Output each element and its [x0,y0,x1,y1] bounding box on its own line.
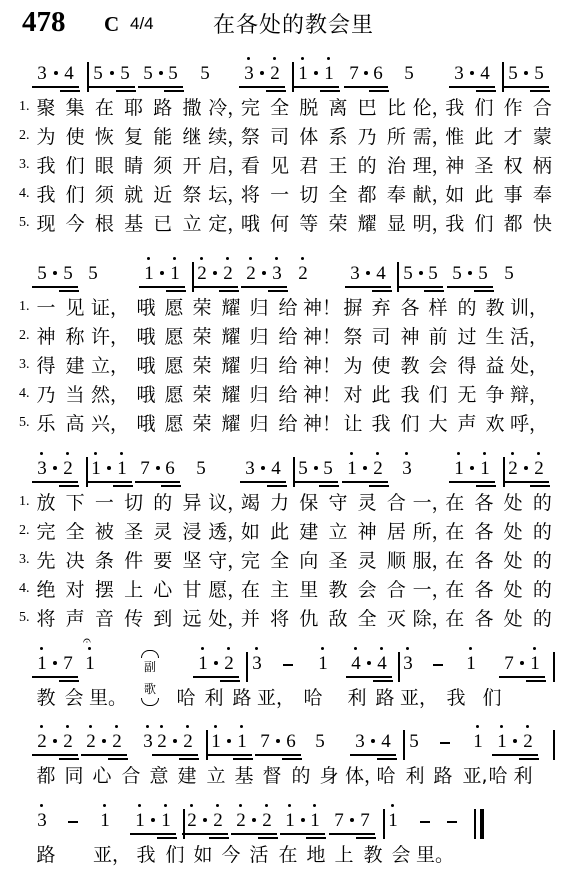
lyric-syllable: 议， [208,489,234,518]
lyric-syllable: 荣 [189,352,215,381]
lyric-syllable: 被 [91,518,117,547]
beam-line-double [220,680,240,682]
lyric-syllable: 处 [500,489,526,518]
lyric-syllable: 利 [402,762,428,791]
lyric-syllable: 见 [62,294,88,323]
verse-line: 2.完全被圣灵浸透，如此建立神居所，在各处的 [0,518,574,547]
lyric-syllable: 路 [372,684,398,713]
lyric-syllable: 惟 [442,123,468,152]
note: 5 [501,264,517,284]
lyric-syllable: 撒 [179,94,205,123]
note: 5 [505,64,521,84]
lyric-syllable: 路 [229,684,255,713]
lyric-syllable: 在 [442,576,468,605]
lyric-syllable: 在 [442,518,468,547]
lyric-syllable: 的 [529,518,555,547]
verse-number: 1. [19,99,30,115]
beam-line [503,86,549,88]
time-signature: 4/4 [130,14,154,34]
note: 1 [494,732,510,752]
beam-line-double [219,290,239,292]
lyric-syllable: 们 [471,210,497,239]
note: 4 [373,264,389,284]
octave-dot-icon [146,725,149,728]
lyric-syllable: 音 [91,605,117,634]
note: 5 [34,264,50,284]
lyric-syllable: 主 [267,576,293,605]
octave-dot-icon [391,804,394,807]
octave-dot-icon [103,804,106,807]
lyric-syllable: 哦 [133,323,159,352]
note: 1 [385,811,401,831]
tie-dash [440,742,450,744]
lyric-syllable: 教 [325,576,351,605]
verse-line: 4.我们须就近祭坛，将一切全都奉献，如此事奉 [0,181,574,210]
lyric-syllable: 处 [500,605,526,634]
lyric-syllable: 活 [246,841,272,870]
note: 5 [165,64,181,84]
lyric-syllable: 圣 [471,152,497,181]
lyric-syllable: 居 [383,518,409,547]
lyric-syllable: 基 [121,210,147,239]
lyric-syllable: 都 [500,210,526,239]
notation-row: 3111222211771 [0,797,574,837]
beam-line [138,86,183,88]
lyric-syllable: 显 [383,210,409,239]
beam-line-double [267,485,287,487]
octave-dot-icon [147,257,150,260]
verse-line: 4.绝对摆上心甘愿，在主里教会合一，在各处的 [0,576,574,605]
lyric-syllable: 当 [62,381,88,410]
note: 7 [60,654,76,674]
dot-augmentation [252,818,256,822]
octave-dot-icon [511,452,514,455]
lyric-syllable: 会 [388,841,414,870]
octave-dot-icon [120,452,123,455]
octave-dot-icon [321,647,324,650]
octave-dot-icon [186,725,189,728]
lyric-syllable: 益 [482,352,508,381]
beam-line-double [258,837,278,839]
lyric-syllable: 神！ [303,352,329,381]
beam-line [130,833,176,835]
lyric-syllable: 如 [237,518,263,547]
note: 1 [97,811,113,831]
beam-line [32,86,79,88]
lyric-syllable: 司 [267,123,293,152]
octave-dot-icon [89,725,92,728]
lyric-syllable: 的 [529,547,555,576]
beam-line-double [476,485,496,487]
note: 1 [234,732,250,752]
lyric-syllable: 会 [425,352,451,381]
beam-line-double [372,290,392,292]
note: 1 [527,654,543,674]
note: 2 [60,459,76,479]
lyric-syllable: 件 [121,547,147,576]
lyric-syllable: 弃 [368,294,394,323]
beam-line [293,86,339,88]
octave-dot-icon [526,725,529,728]
lyric-syllable: 归 [246,294,272,323]
lyric-syllable: 灵 [150,518,176,547]
dot-augmentation [110,71,114,75]
note: 5 [140,64,156,84]
lyric-syllable: 乐 [33,410,59,439]
lyric-syllable: 所， [413,518,439,547]
note: 2 [221,654,237,674]
lyric-syllable: 荣 [189,381,215,410]
lyric-syllable: 一 [267,181,293,210]
lyric-syllable: 使 [368,352,394,381]
lyric-syllable: 全 [325,181,351,210]
note: 4 [61,64,77,84]
beam-line [447,286,493,288]
beam-line-double [164,90,184,92]
beam-line [293,481,338,483]
octave-dot-icon [200,257,203,260]
octave-dot-icon [94,452,97,455]
lyric-syllable: 给 [275,410,301,439]
verse-number: 5. [19,215,30,231]
key-signature: C [104,12,119,37]
lyric-syllable: 神 [354,518,380,547]
lyric-syllable: 眼 [91,152,117,181]
note: 4 [268,459,284,479]
lyric-syllable: 心 [89,762,115,791]
dot-augmentation [470,71,474,75]
lyric-syllable: 处 [500,518,526,547]
beam-line-double [519,758,539,760]
lyric-syllable: 全 [354,605,380,634]
lyric-syllable: 给 [275,323,301,352]
beam-line [32,676,78,678]
lyric-syllable: 全 [267,94,293,123]
barline [553,730,555,760]
octave-dot-icon [164,804,167,807]
beam-line-double [369,90,389,92]
note: 3 [399,459,415,479]
beam-line [32,286,78,288]
lyric-syllable: 坚 [179,547,205,576]
dot-augmentation [102,739,106,743]
verse-line: 1.放下一切的异议，竭力保守灵合一，在各处的 [0,489,574,518]
beam-line [193,676,239,678]
note: 1 [295,64,311,84]
beam-line [32,754,78,756]
lyric-syllable: 顺 [383,547,409,576]
octave-dot-icon [249,257,252,260]
lyric-syllable: 我 [33,152,59,181]
octave-dot-icon [327,57,330,60]
lyric-syllable: 合 [118,762,144,791]
note: 3 [242,459,258,479]
dot-augmentation [151,818,155,822]
dot-augmentation [203,818,207,822]
octave-dot-icon [255,647,258,650]
note: 2 [194,264,210,284]
dot-augmentation [367,661,371,665]
lyric-syllable: 一 [91,489,117,518]
verse-number: 3. [19,357,30,373]
lyric-syllable: 服， [413,547,439,576]
lyric-syllable: 路 [33,841,59,870]
lyric-syllable: 祭 [237,123,263,152]
note: 1 [88,459,104,479]
hymn-title: 在各处的教会里 [213,8,374,39]
lyric-syllable: 全 [62,518,88,547]
lyric-syllable: 保 [296,489,322,518]
lyric-syllable: 看 [237,152,263,181]
lyric-syllable: 献， [413,181,439,210]
beam-line [345,286,391,288]
octave-dot-icon [173,257,176,260]
lyric-syllable: 荣 [189,294,215,323]
beam-line-double [526,680,546,682]
lyric-syllable: 呼， [510,410,536,439]
note: 7 [501,654,517,674]
dot-augmentation [371,739,375,743]
octave-dot-icon [40,725,43,728]
dot-augmentation [262,271,266,275]
octave-dot-icon [240,725,243,728]
note: 2 [370,459,386,479]
beam-line-double [373,680,393,682]
lyric-syllable: 大 [425,410,451,439]
lyric-syllable: 将 [267,605,293,634]
lyric-syllable: 奉 [529,181,555,210]
dot-augmentation [314,466,318,470]
beam-line-double [476,90,496,92]
note: 2 [180,732,196,752]
octave-dot-icon [115,725,118,728]
dot-augmentation [156,466,160,470]
lyric-syllable: 的 [454,294,480,323]
dot-augmentation [524,71,528,75]
lyric-syllable: 们 [62,152,88,181]
note: 7 [257,732,273,752]
dot-augmentation [468,271,472,275]
lyric-syllable: 归 [246,410,272,439]
lyric-syllable: 们 [471,94,497,123]
note: 1 [158,811,174,831]
note: 5 [117,64,133,84]
lyric-syllable: 敌 [325,605,351,634]
lyric-syllable: 就 [121,181,147,210]
dot-augmentation [276,739,280,743]
music-system: 3111222211771路亚，我们如今活在地上教会里。 [0,797,574,876]
beam-line-double [266,90,286,92]
barline [403,730,405,760]
beam-line [449,86,495,88]
lyric-syllable: 们 [425,381,451,410]
lyric-syllable: 蒙 [529,123,555,152]
lyric-syllable: 所 [383,123,409,152]
lyric-syllable: 神！ [303,323,329,352]
note: 1 [344,459,360,479]
lyric-syllable: 近 [150,181,176,210]
beam-line [280,833,325,835]
octave-dot-icon [301,257,304,260]
notation-row: 171𝄐副歌1231443171 [0,640,574,680]
lyric-syllable: 我 [442,94,468,123]
lyric-line: 路亚，我们如今活在地上教会里。 [0,841,574,870]
lyric-syllable: 哦 [133,352,159,381]
lyric-syllable: 将 [33,605,59,634]
beam-line [192,286,238,288]
note: 5 [320,459,336,479]
dot-augmentation [227,739,231,743]
lyric-syllable: 的 [150,489,176,518]
lyric-syllable: 完 [33,518,59,547]
note: 2 [531,459,547,479]
octave-dot-icon [380,647,383,650]
note: 7 [346,64,362,84]
beam-line-double [377,758,397,760]
dot-augmentation [524,466,528,470]
verse-line: 5.乐高兴，哦愿荣耀归给神！让我们大声欢呼， [0,410,574,439]
lyric-syllable: 司 [368,323,394,352]
verse-line: 2.神称许，哦愿荣耀归给神！祭司神前过生活， [0,323,574,352]
lyric-syllable: 的 [529,605,555,634]
tie-dash [420,821,430,823]
lyric-syllable: 在 [442,547,468,576]
verse-line: 5.现今根基已立定，哦何等荣耀显明，我们都快 [0,210,574,239]
notation-row: 222232211765345112 [0,718,574,758]
note: 5 [85,264,101,284]
lyric-syllable: 力 [267,489,293,518]
note: 2 [220,264,236,284]
lyric-syllable: 甘 [179,576,205,605]
lyric-syllable: 立 [203,762,229,791]
dot-augmentation [53,466,57,470]
beam-line [503,481,549,483]
notation-row: 345555532117653455 [0,50,574,90]
dot-augmentation [364,71,368,75]
music-system: 171𝄐副歌1231443171教会里。哈利路亚，哈利路亚，我们 [0,640,574,720]
lyric-syllable: 比 [383,94,409,123]
beam-line-double [319,485,339,487]
verse-number: 3. [19,157,30,173]
lyric-syllable: 仇 [296,605,322,634]
lyric-syllable: 各 [471,489,497,518]
lyric-syllable: 基 [231,762,257,791]
lyric-syllable: 耶 [121,94,147,123]
beam-line [449,481,495,483]
lyric-syllable: 绝 [33,576,59,605]
lyric-syllable: 得 [454,352,480,381]
dot-augmentation [301,818,305,822]
lyric-syllable: 此 [267,518,293,547]
note: 4 [477,64,493,84]
octave-dot-icon [405,452,408,455]
lyric-syllable: 心 [150,576,176,605]
beam-line [206,754,252,756]
lyric-syllable: 奉 [383,181,409,210]
note: 1 [195,654,211,674]
octave-dot-icon [313,804,316,807]
lyric-syllable: 君 [296,152,322,181]
hymn-header: 478 C 4/4 在各处的教会里 [0,0,574,44]
lyric-syllable: 睛 [121,152,147,181]
lyric-syllable: 对 [62,576,88,605]
lyric-syllable: 上 [121,576,147,605]
verse-line: 3.先决条件要坚守，完全向圣灵顺服，在各处的 [0,547,574,576]
note: 2 [60,732,76,752]
verse-number: 5. [19,610,30,626]
beam-line [344,86,388,88]
lyric-syllable: 声 [454,410,480,439]
lyric-syllable: 一， [413,489,439,518]
verse-number: 1. [19,299,30,315]
octave-dot-icon [40,804,43,807]
lyric-syllable: 传 [121,605,147,634]
beam-line-double [108,758,128,760]
dot-augmentation [53,739,57,743]
beam-line-double [161,485,181,487]
lyric-syllable: 各 [471,605,497,634]
lyric-syllable: 完 [237,547,263,576]
lyric-syllable: 远 [179,605,205,634]
lyric-syllable: 柄 [529,152,555,181]
verse-number: 2. [19,523,30,539]
octave-dot-icon [476,725,479,728]
lyric-syllable: 体 [296,123,322,152]
lyric-syllable: 要 [150,547,176,576]
lyric-syllable: 下 [62,489,88,518]
lyric-syllable: 得 [33,352,59,381]
lyric-syllable: 在 [91,94,117,123]
lyric-syllable: 神 [442,152,468,181]
octave-dot-icon [483,452,486,455]
lyric-syllable: 在 [442,489,468,518]
lyric-syllable: 快 [529,210,555,239]
tie-dash [447,821,457,823]
lyric-syllable: 在 [275,841,301,870]
lyric-syllable: 意 [146,762,172,791]
lyric-syllable: 圣 [325,547,351,576]
note: 1 [470,732,486,752]
lyric-syllable: 哈 [485,762,511,791]
note: 6 [162,459,178,479]
lyric-syllable: 合 [383,489,409,518]
lyric-syllable: 荣 [189,410,215,439]
lyric-syllable: 定， [208,210,234,239]
note: 1 [167,264,183,284]
dot-augmentation [260,71,264,75]
lyric-syllable: 竭 [237,489,263,518]
lyric-syllable: 灵 [354,489,380,518]
note: 2 [34,732,50,752]
octave-dot-icon [288,804,291,807]
octave-dot-icon [66,725,69,728]
beam-line-double [113,485,133,487]
lyric-syllable: 哈 [300,684,326,713]
lyric-syllable: 神！ [303,294,329,323]
lyric-syllable: 哈 [373,762,399,791]
beam-line-double [59,485,79,487]
lyric-syllable: 根 [91,210,117,239]
octave-dot-icon [40,647,43,650]
octave-dot-icon [265,804,268,807]
lyric-syllable: 守 [325,489,351,518]
note: 1 [321,64,337,84]
final-barline [474,809,476,839]
beam-line [239,86,285,88]
note: 3 [269,264,285,284]
beam-line-double [209,837,229,839]
octave-dot-icon [160,725,163,728]
